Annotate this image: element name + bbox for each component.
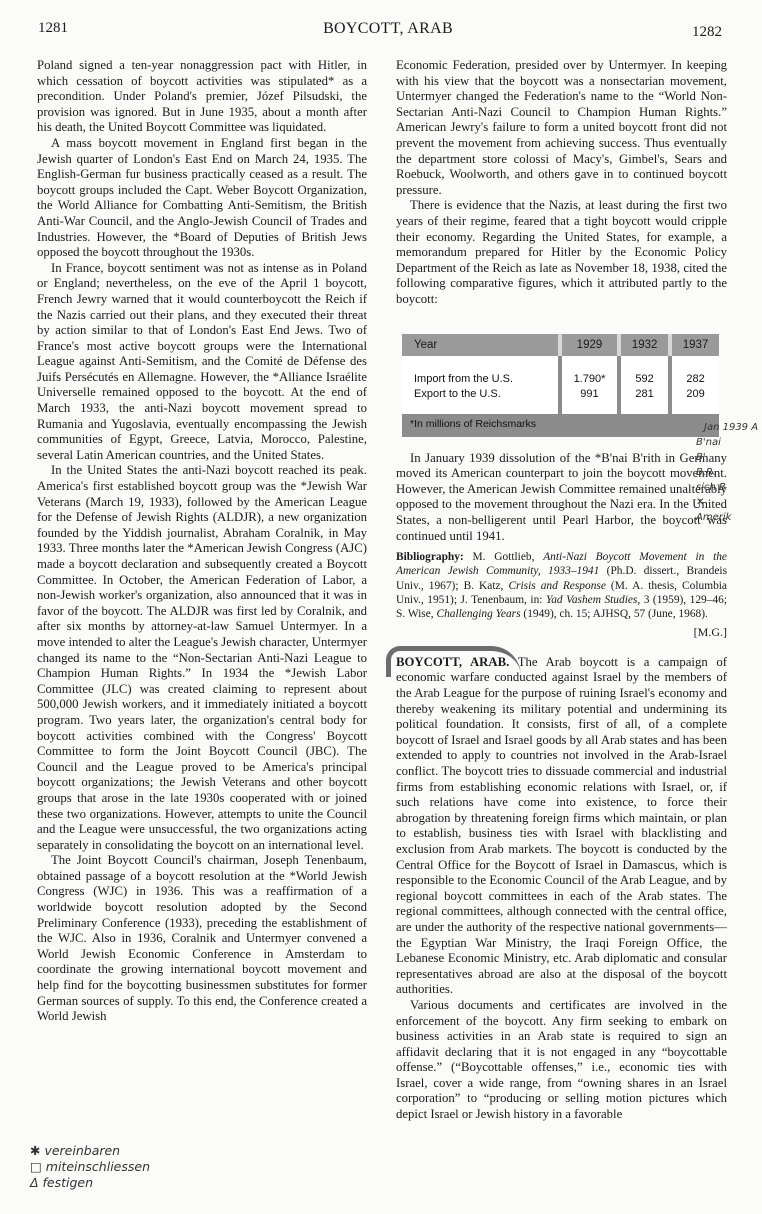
bibliography: Bibliography: M. Gottlieb, Anti-Nazi Boy…	[396, 550, 727, 621]
margin-note: sich B	[696, 480, 762, 495]
margin-note: B'nai	[696, 435, 762, 450]
handwritten-bracket-mark	[386, 646, 521, 677]
table-row: Export to the U.S. 991 281 209	[402, 387, 719, 414]
author-signature: [M.G.]	[396, 625, 727, 641]
paragraph: In January 1939 dissolution of the *B'na…	[396, 451, 727, 545]
margin-note: Jan 1939 A	[704, 420, 762, 435]
margin-note: B'	[696, 450, 762, 465]
entry-text: The Arab boycott is a campaign of econom…	[396, 655, 727, 996]
bibliography-label: Bibliography:	[396, 551, 464, 563]
right-column: Economic Federation, presided over by Un…	[396, 58, 727, 1123]
table-cell: 991	[558, 387, 617, 414]
page-header: 1281 BOYCOTT, ARAB 1282	[38, 20, 738, 40]
paragraph: There is evidence that the Nazis, at lea…	[396, 198, 727, 307]
table-cell: 1.790*	[558, 356, 617, 387]
column-header: Year	[402, 334, 558, 357]
paragraph: A mass boycott movement in England first…	[37, 136, 367, 261]
paragraph: The Joint Boycott Council's chairman, Jo…	[37, 853, 367, 1025]
paragraph: In the United States the anti-Nazi boyco…	[37, 463, 367, 853]
column-header: 1929	[558, 334, 617, 357]
bibliography-text: (1949), ch. 15; AJHSQ, 57 (June, 1968).	[521, 608, 708, 620]
glossary-note: Δ festigen	[30, 1175, 150, 1191]
paragraph: In France, boycott sentiment was not as …	[37, 261, 367, 464]
table-row: Import from the U.S. 1.790* 592 282	[402, 356, 719, 387]
column-header: 1937	[668, 334, 719, 357]
handwritten-margin-notes: Jan 1939 A B'nai B' B.R. sich B ✕ Amerik	[696, 420, 762, 525]
bibliography-title: Yad Vashem Studies,	[546, 594, 640, 606]
table-header-row: Year 1929 1932 1937	[402, 334, 719, 357]
paragraph: Various documents and certificates are i…	[396, 998, 727, 1123]
bibliography-title: Challenging Years	[436, 608, 520, 620]
glossary-note: ✱ vereinbaren	[30, 1143, 150, 1159]
row-label: Export to the U.S.	[402, 387, 558, 414]
margin-note: ✕	[696, 495, 762, 510]
table-cell: 209	[668, 387, 719, 414]
running-title: BOYCOTT, ARAB	[38, 20, 738, 38]
handwritten-glossary-notes: ✱ vereinbaren □ miteinschliessen Δ festi…	[30, 1143, 150, 1191]
column-header: 1932	[617, 334, 668, 357]
page-number-right: 1282	[692, 24, 722, 41]
table-cell: 592	[617, 356, 668, 387]
entry-paragraph: BOYCOTT, ARAB. The Arab boycott is a cam…	[396, 655, 727, 998]
paragraph: Economic Federation, presided over by Un…	[396, 58, 727, 198]
left-column: Poland signed a ten-year nonaggression p…	[37, 58, 367, 1025]
margin-note: B.R.	[696, 465, 762, 480]
table-cell: 281	[617, 387, 668, 414]
paragraph: Poland signed a ten-year nonaggression p…	[37, 58, 367, 136]
glossary-note: □ miteinschliessen	[30, 1159, 150, 1175]
margin-note: Amerik	[696, 510, 762, 525]
row-label: Import from the U.S.	[402, 356, 558, 387]
table-cell: 282	[668, 356, 719, 387]
bibliography-text: M. Gottlieb,	[464, 551, 543, 563]
trade-figures-table: Year 1929 1932 1937 Import from the U.S.…	[402, 334, 719, 437]
bibliography-title: Crisis and Response	[508, 580, 605, 592]
table-footnote: *In millions of Reichsmarks	[402, 414, 719, 437]
